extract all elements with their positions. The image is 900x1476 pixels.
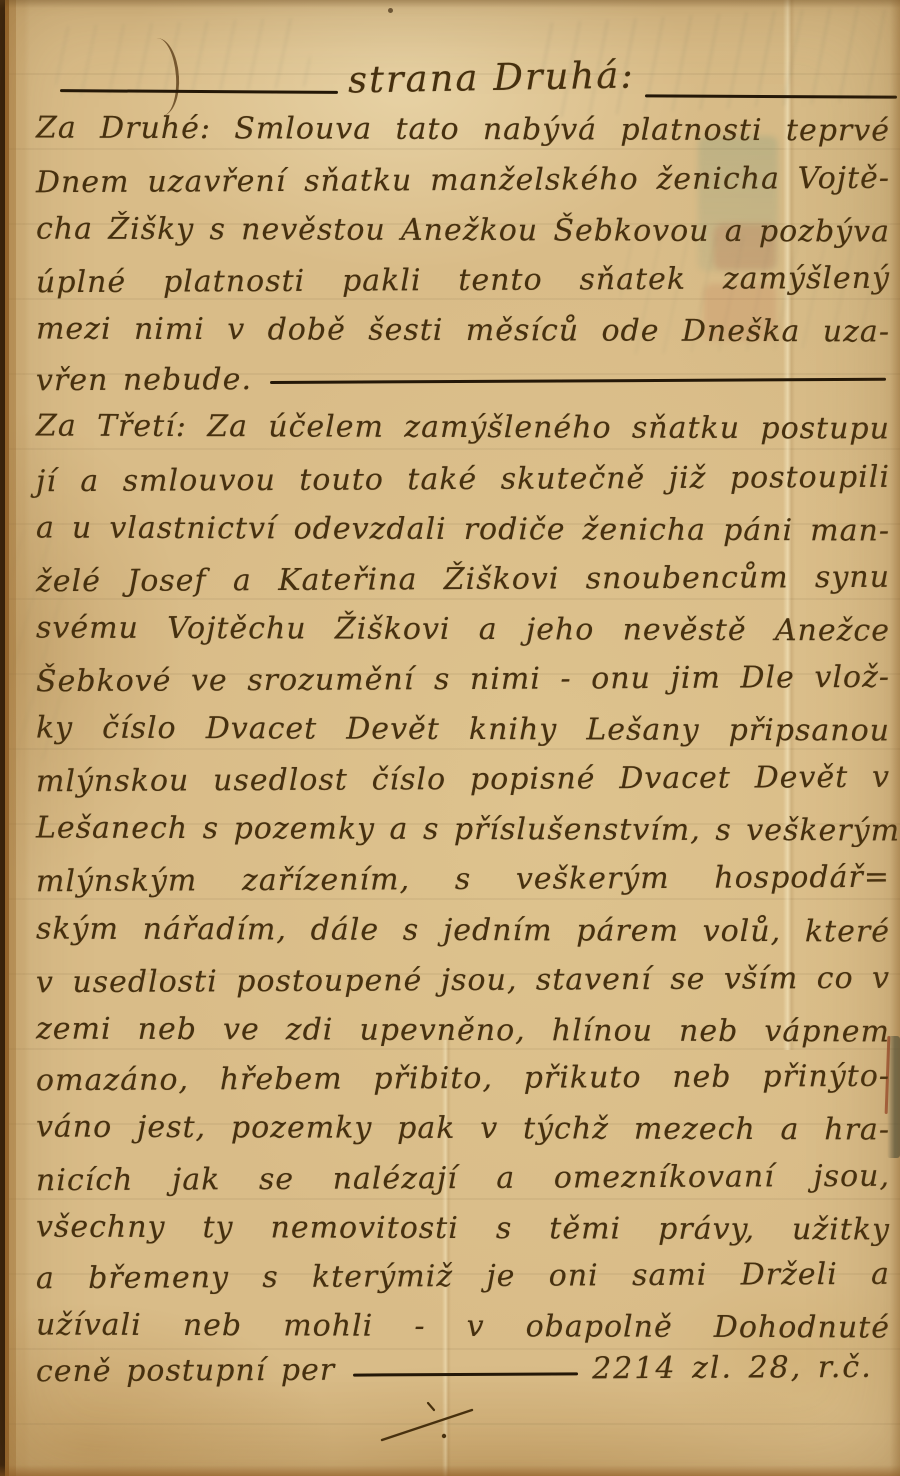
handwritten-line: zemi neb ve zdi upevněno, hlínou neb váp… xyxy=(36,1012,890,1050)
handwritten-line: želé Josef a Kateřina Žiškovi snoubencům… xyxy=(36,560,890,599)
rule-line xyxy=(353,1372,578,1376)
amount-value: 2214 zl. 28, r.č. xyxy=(592,1350,873,1386)
handwritten-line: cha Žišky s nevěstou Anežkou Šebkovou a … xyxy=(36,212,890,250)
handwritten-line: mezi nimi v době šesti měsíců ode Dneška… xyxy=(36,312,890,350)
handwritten-line: Za Třetí: Za účelem zamýšleného sňatku p… xyxy=(36,409,890,447)
page-edge-top xyxy=(0,0,900,8)
closing-text: ceně postupní per xyxy=(36,1353,335,1390)
handwritten-line: Dnem uzavření sňatku manželského ženicha… xyxy=(36,161,890,200)
manuscript-page: strana Druhá: Za Druhé: Smlouva tato nab… xyxy=(0,0,900,1476)
handwritten-line: ky číslo Dvacet Devět knihy Lešany přips… xyxy=(36,711,890,749)
handwritten-line: Šebkové ve srozumění s nimi - onu jim Dl… xyxy=(36,660,890,699)
handwritten-line: v usedlosti postoupené jsou, stavení se … xyxy=(36,961,890,1000)
binding-edge xyxy=(0,0,30,1476)
handwritten-line: vřen nebude. xyxy=(36,359,890,398)
page-header: strana Druhá: xyxy=(0,56,900,112)
handwritten-line: Lešanech s pozemky a s příslušenstvím, s… xyxy=(36,811,890,849)
handwritten-line: úplné platnosti pakli tento sňatek zamýš… xyxy=(36,261,890,300)
handwritten-line: nicích jak se nalézají a omezníkovaní js… xyxy=(36,1159,890,1198)
handwritten-line: Za Druhé: Smlouva tato nabývá platnosti … xyxy=(36,111,890,149)
rule-line-right xyxy=(645,94,897,98)
line-text: vřen nebude. xyxy=(36,362,252,398)
handwritten-line: váno jest, pozemky pak v týchž mezech a … xyxy=(36,1110,890,1148)
continuation-mark xyxy=(372,1398,502,1450)
page-edge-bottom xyxy=(0,1465,900,1476)
handwritten-line: všechny ty nemovitosti s těmi právy, uži… xyxy=(36,1210,890,1248)
rule-line-left xyxy=(60,89,338,94)
handwritten-line: ským nářadím, dále s jedním párem volů, … xyxy=(36,912,890,950)
handwritten-line: mlýnskou usedlost číslo popisné Dvacet D… xyxy=(36,760,890,799)
handwritten-line: a břemeny s kterýmiž je oni sami Drželi … xyxy=(36,1257,890,1296)
handwritten-line: mlýnským zařízením, s veškerým hospodář= xyxy=(36,860,890,899)
handwritten-line: svému Vojtěchu Žiškovi a jeho nevěstě An… xyxy=(36,611,890,649)
page-title: strana Druhá: xyxy=(348,54,636,102)
closing-line: ceně postupní per 2214 zl. 28, r.č. xyxy=(36,1350,890,1389)
page-edge-right xyxy=(890,0,900,1476)
handwritten-line: jí a smlouvou touto také skutečně již po… xyxy=(36,460,890,499)
handwritten-line: a u vlastnictví odevzdali rodiče ženicha… xyxy=(36,511,890,549)
rule-line xyxy=(270,378,886,384)
ink-speck xyxy=(388,8,393,13)
handwritten-line: užívali neb mohli - v obapolně Dohodnuté xyxy=(36,1308,890,1346)
handwritten-line: omazáno, hřebem přibito, přikuto neb při… xyxy=(36,1059,890,1098)
